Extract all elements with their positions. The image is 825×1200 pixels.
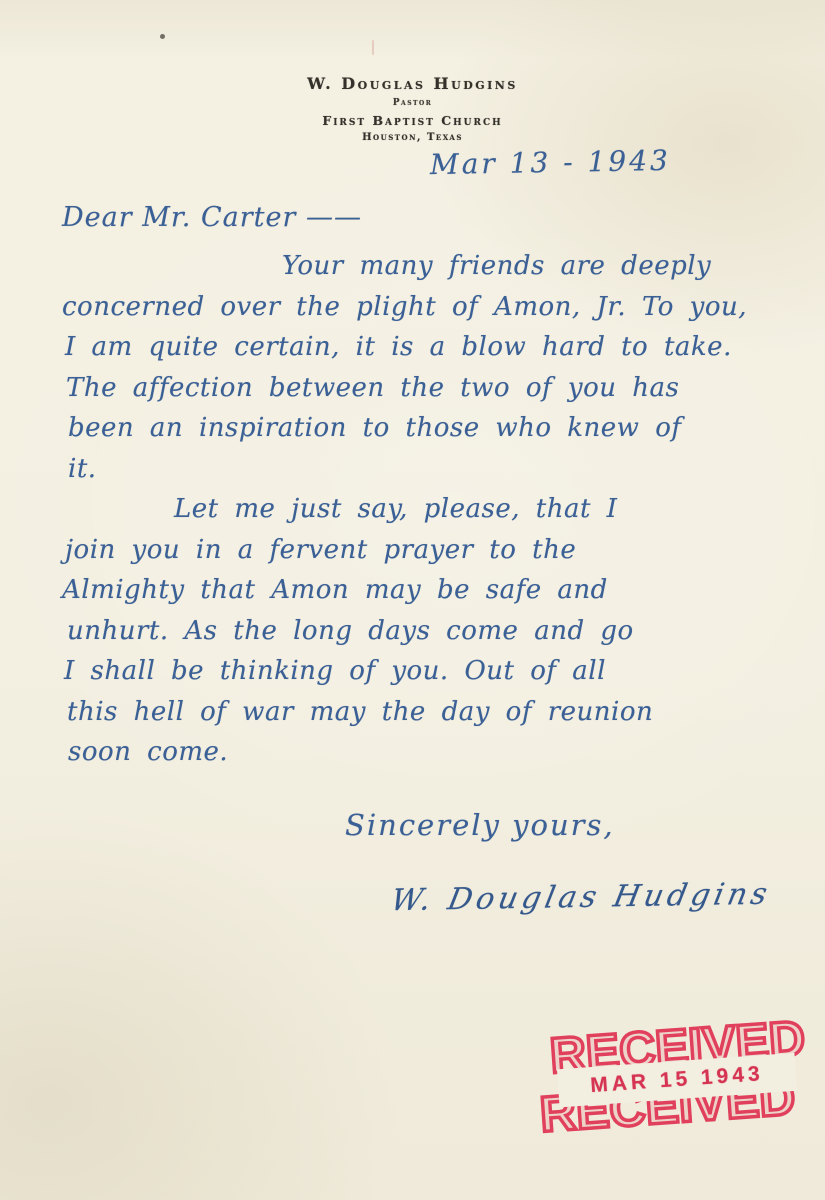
- letter-page: W. Douglas Hudgins Pastor First Baptist …: [0, 0, 825, 1200]
- body-line: it.: [68, 449, 802, 490]
- pastor-title: Pastor: [0, 98, 825, 108]
- body-line: this hell of war may the day of reunion: [67, 692, 802, 733]
- body-line: Let me just say, please, that I: [174, 489, 802, 530]
- body-line: unhurt. As the long days come and go: [67, 611, 802, 652]
- body-line: been an inspiration to those who knew of: [68, 408, 802, 449]
- body-line: I shall be thinking of you. Out of all: [64, 651, 802, 692]
- body-line: concerned over the plight of Amon, Jr. T…: [62, 287, 802, 328]
- received-stamp: RECEIVED RECEIVED MAR 15 1943: [538, 1015, 817, 1146]
- letter-body: Your many friends are deeply concerned o…: [62, 246, 802, 773]
- signature: W. Douglas Hudgins: [388, 877, 774, 919]
- letterhead: W. Douglas Hudgins Pastor First Baptist …: [0, 74, 825, 143]
- body-line: The affection between the two of you has: [66, 368, 802, 409]
- pastor-name: W. Douglas Hudgins: [0, 74, 825, 93]
- body-line: soon come.: [68, 732, 802, 773]
- body-line: I am quite certain, it is a blow hard to…: [65, 327, 802, 368]
- church-name: First Baptist Church: [0, 113, 825, 128]
- church-location: Houston, Texas: [0, 132, 825, 143]
- closing: Sincerely yours,: [345, 808, 615, 842]
- paper-fleck: [372, 40, 374, 55]
- stamp-date: MAR 15 1943: [590, 1062, 765, 1098]
- body-line: join you in a fervent prayer to the: [65, 530, 802, 571]
- body-line: Your many friends are deeply: [282, 246, 802, 287]
- salutation: Dear Mr. Carter ——: [62, 202, 362, 233]
- handwritten-date: Mar 13 - 1943: [430, 144, 671, 181]
- body-line: Almighty that Amon may be safe and: [62, 570, 802, 611]
- paper-speck: [160, 34, 165, 39]
